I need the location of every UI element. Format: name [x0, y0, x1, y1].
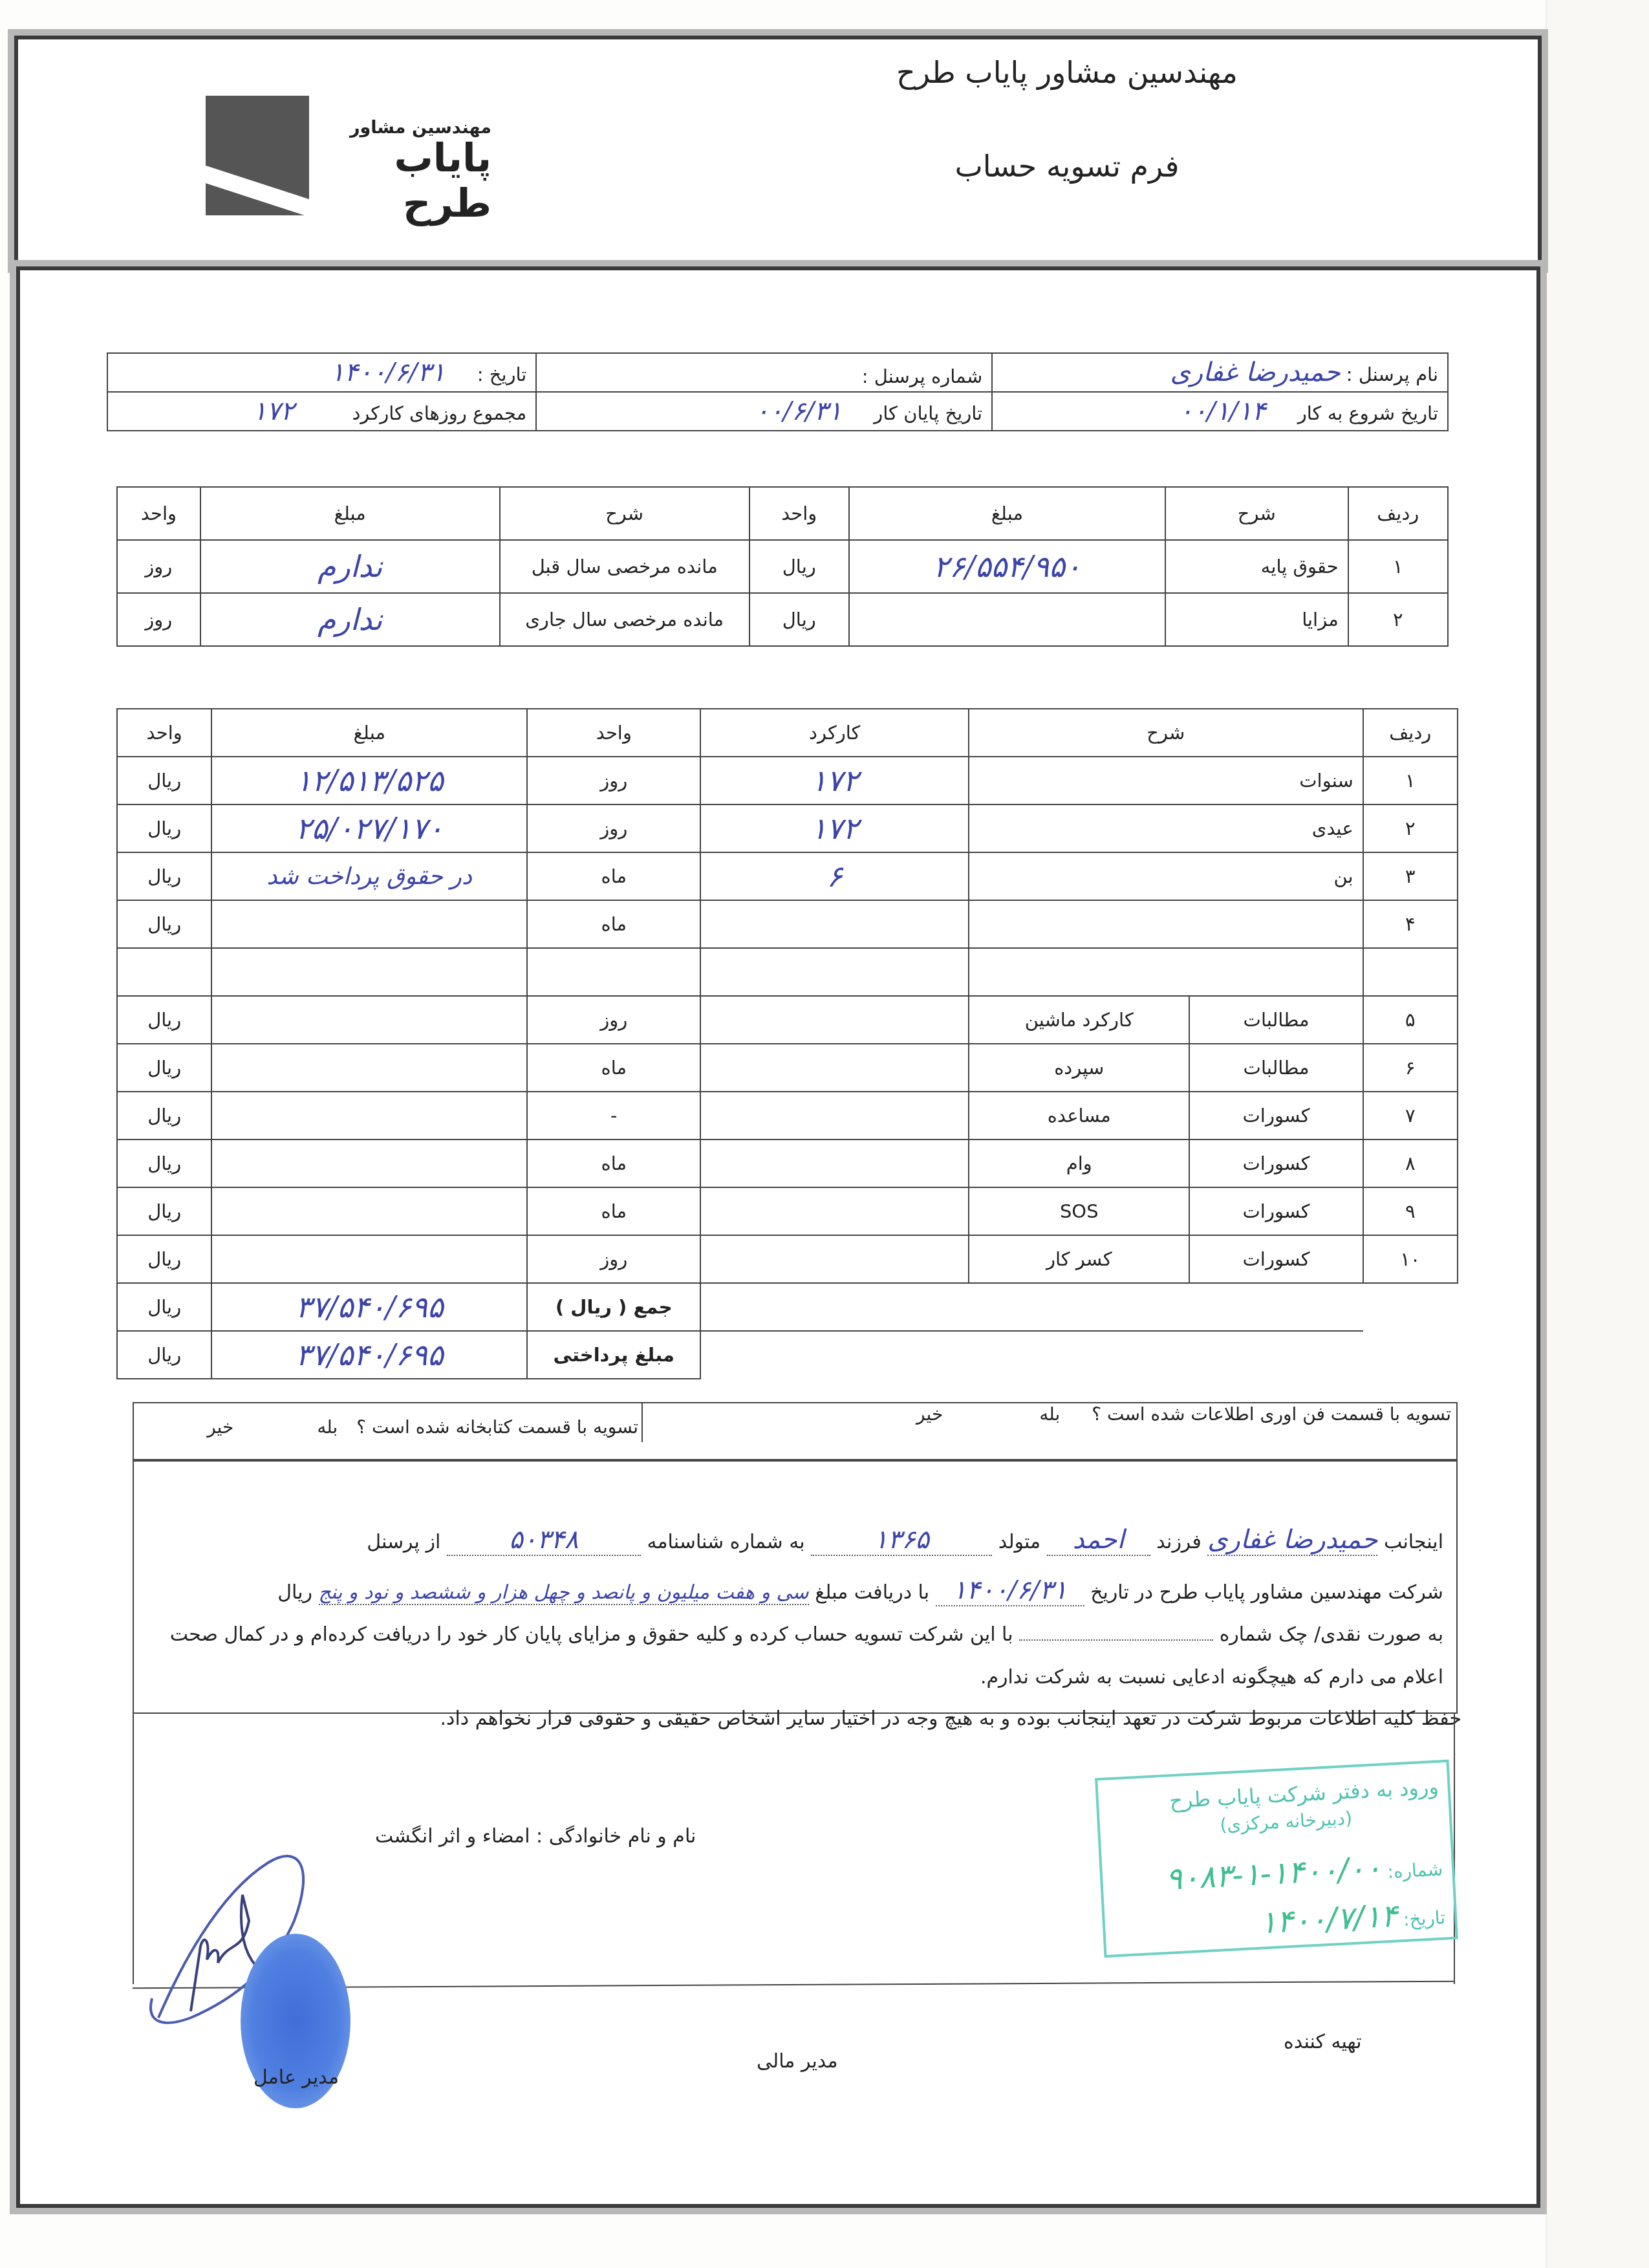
- paid-row: مبلغ پرداختی ۳۷/۵۴۰/۶۹۵ ریال: [117, 1331, 1458, 1379]
- it-clearance: تسویه با قسمت فن اوری اطلاعات شده است ؟ …: [641, 1403, 1456, 1442]
- table-row: ۲ عیدی ۱۷۲ روز ۲۵/۰۲۷/۱۷۰ ریال: [117, 805, 1458, 852]
- table-row: ۱ حقوق پایه ۲۶/۵۵۴/۹۵۰ ریال مانده مرخصی …: [117, 540, 1448, 593]
- declaration-line-1: اینجانب حمیدرضا غفاری فرزند احمد متولد ۱…: [147, 1525, 1443, 1556]
- total-days-value: ۱۷۲: [253, 396, 294, 426]
- it-no-option[interactable]: خیر: [916, 1403, 943, 1425]
- paid-label: مبلغ پرداختی: [527, 1331, 700, 1379]
- table-row: ۱ سنوات ۱۷۲ روز ۱۲/۵۱۳/۵۲۵ ریال: [117, 757, 1458, 805]
- check-number[interactable]: [1019, 1639, 1213, 1641]
- form-title: فرم تسویه حساب: [841, 149, 1293, 184]
- table-row: ۳ بن ۶ ماه در حقوق پرداخت شد ریال: [117, 852, 1458, 900]
- personnel-name-value: حمیدرضا غفاری: [1170, 358, 1341, 387]
- company-name: مهندسین مشاور پایاب طرح: [841, 55, 1293, 90]
- date-cell[interactable]: تاریخ : ۱۴۰۰/۶/۳۱: [107, 353, 536, 392]
- stamp-number: ۱۴۰۰/۰۰-۱-۹۰۸۳: [1165, 1850, 1383, 1897]
- paid-amount[interactable]: ۳۷/۵۴۰/۶۹۵: [211, 1331, 527, 1379]
- signature-label: نام و نام خانوادگی : امضاء و اثر انگشت: [375, 1825, 696, 1848]
- library-clearance: تسویه با قسمت کتابخانه شده است ؟ بله خیر: [134, 1416, 643, 1460]
- table-row: ۲ مزایا ریال مانده مرخصی سال جاری ندارم …: [117, 593, 1448, 646]
- stamp-date: ۱۴۰۰/۷/۱۴: [1259, 1897, 1398, 1941]
- table-row: ۱۰ کسورات کسر کار روز ریال: [117, 1235, 1458, 1283]
- amount-in-words[interactable]: سی و هفت میلیون و پانصد و چهل هزار و ششص…: [319, 1581, 809, 1605]
- total-days-cell[interactable]: مجموع روزهای کارکرد ۱۷۲: [107, 392, 536, 431]
- table-row: ۸ کسورات وام ماه ریال: [117, 1139, 1458, 1187]
- personnel-number-cell[interactable]: شماره پرسنل :: [536, 353, 992, 392]
- personnel-info-table: نام پرسنل : حمیدرضا غفاری شماره پرسنل : …: [107, 352, 1449, 431]
- logo-subtitle: مهندسین مشاور: [323, 118, 491, 138]
- settlement-date[interactable]: ۱۴۰۰/۶/۳۱: [936, 1575, 1084, 1606]
- it-yes-option[interactable]: بله: [1039, 1403, 1060, 1425]
- settlement-table-header: ردیف شرح کارکرد واحد مبلغ واحد: [117, 709, 1458, 757]
- finance-manager-label: مدیر مالی: [757, 2050, 838, 2073]
- declaration-line-2: شرکت مهندسین مشاور پایاب طرح در تاریخ ۱۴…: [147, 1575, 1443, 1606]
- clearance-checks: تسویه با قسمت فن اوری اطلاعات شده است ؟ …: [133, 1402, 1458, 1462]
- declarant-name[interactable]: حمیدرضا غفاری: [1207, 1525, 1377, 1556]
- start-date-cell[interactable]: تاریخ شروع به کار ۰۰/۱/۱۴: [992, 392, 1448, 431]
- declaration-line-4: اعلام می دارم که هیچگونه ادعایی نسبت به …: [147, 1666, 1443, 1689]
- table-row-spacer: [117, 948, 1458, 996]
- confidentiality-clause: حفظ کلیه اطلاعات مربوط شرکت در تعهد اینج…: [440, 1707, 1461, 1730]
- table-row: ۶ مطالبات سپرده ماه ریال: [117, 1044, 1458, 1092]
- benefits-amount[interactable]: [849, 593, 1165, 646]
- birth-year[interactable]: ۱۳۶۵: [811, 1525, 992, 1556]
- declaration-line-3: به صورت نقدی/ چک شماره با این شرکت تسویه…: [147, 1623, 1443, 1646]
- total-amount[interactable]: ۳۷/۵۴۰/۶۹۵: [211, 1283, 527, 1331]
- father-name[interactable]: احمد: [1047, 1525, 1150, 1556]
- end-date-cell[interactable]: تاریخ پایان کار ۰۰/۶/۳۱: [536, 392, 992, 431]
- total-label: جمع ( ریال ): [527, 1283, 700, 1331]
- prev-year-leave-amount[interactable]: ندارم: [200, 540, 500, 593]
- total-row: جمع ( ریال ) ۳۷/۵۴۰/۶۹۵ ریال: [117, 1283, 1458, 1331]
- ceo-label: مدیر عامل: [253, 2066, 339, 2089]
- registry-stamp: ورود به دفتر شرکت پایاب طرح (دبیرخانه مر…: [1095, 1760, 1458, 1958]
- table-row: ۹ کسورات SOS ماه ریال: [117, 1187, 1458, 1235]
- start-date-value: ۰۰/۱/۱۴: [1179, 396, 1266, 426]
- logo-name: پایاب طرح: [323, 136, 491, 226]
- preparer-label: تهیه کننده: [1284, 2031, 1362, 2053]
- scan-page-edge: [1546, 0, 1649, 2268]
- declaration-box: اینجانب حمیدرضا غفاری فرزند احمد متولد ۱…: [133, 1459, 1458, 1714]
- end-date-value: ۰۰/۶/۳۱: [755, 396, 842, 426]
- current-year-leave-amount[interactable]: ندارم: [200, 593, 500, 646]
- library-yes-option[interactable]: بله: [317, 1416, 338, 1438]
- table-row: ۵ مطالبات کارکرد ماشین روز ریال: [117, 996, 1458, 1044]
- personnel-name-cell[interactable]: نام پرسنل : حمیدرضا غفاری: [992, 353, 1448, 392]
- salary-table: ردیف شرح مبلغ واحد شرح مبلغ واحد ۱ حقوق …: [116, 486, 1449, 647]
- table-row: ۷ کسورات مساعده - ریال: [117, 1092, 1458, 1139]
- base-salary-amount[interactable]: ۲۶/۵۵۴/۹۵۰: [849, 540, 1165, 593]
- table-row: ۴ ماه ریال: [117, 900, 1458, 948]
- salary-table-header: ردیف شرح مبلغ واحد شرح مبلغ واحد: [117, 487, 1448, 540]
- date-value: ۱۴۰۰/۶/۳۱: [330, 358, 445, 387]
- company-logo-icon: [206, 96, 309, 215]
- library-no-option[interactable]: خیر: [207, 1416, 233, 1438]
- id-number[interactable]: ۵۰۳۴۸: [447, 1525, 641, 1556]
- settlement-table: ردیف شرح کارکرد واحد مبلغ واحد ۱ سنوات ۱…: [116, 708, 1458, 1379]
